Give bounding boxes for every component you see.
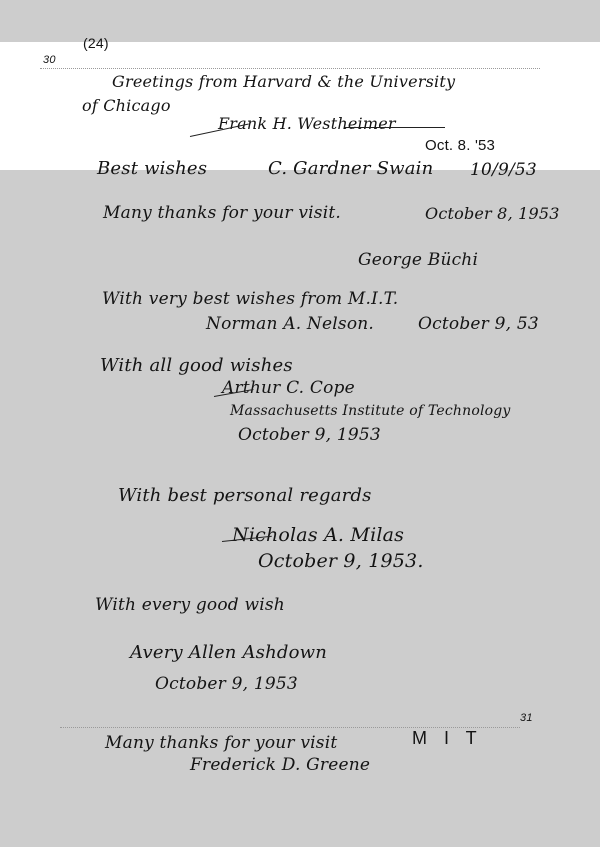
entry-date: October 8, 1953 (425, 204, 560, 223)
entry-date: 10/9/53 (470, 160, 537, 180)
right-page-number: 31 (520, 712, 533, 724)
entry-message-line1: Greetings from Harvard & the University (112, 72, 455, 91)
entry-date: October 9, 1953. (258, 550, 424, 572)
entry-date: Oct. 8. '53 (425, 137, 495, 154)
entry-signature: George Büchi (358, 250, 478, 270)
entry-date: October 9, 1953 (238, 425, 381, 445)
entry-message: Many thanks for your visit (105, 733, 337, 753)
page-divider-top (40, 68, 540, 69)
entry-date: October 9, 53 (418, 314, 539, 334)
entry-signature: Avery Allen Ashdown (130, 642, 327, 663)
entry-signature: Norman A. Nelson. (206, 314, 374, 334)
entry-signature: Arthur C. Cope (222, 378, 355, 398)
signature-underline (345, 127, 445, 128)
entry-message-line2: of Chicago (82, 96, 171, 115)
entry-date: October 9, 1953 (155, 674, 298, 694)
entry-message: With all good wishes (100, 355, 293, 376)
entry-affiliation: M I T (412, 728, 483, 749)
left-page-number: 30 (43, 54, 56, 66)
entry-signature: C. Gardner Swain (268, 158, 433, 179)
entry-signature: Frederick D. Greene (190, 755, 370, 775)
entry-message: With best personal regards (118, 485, 372, 506)
entry-message: With every good wish (95, 595, 285, 615)
entry-message: Many thanks for your visit. (103, 203, 341, 223)
entry-signature: Nicholas A. Milas (232, 524, 404, 546)
entry-affiliation: Massachusetts Institute of Technology (230, 403, 511, 419)
top-page-number: (24) (83, 35, 109, 51)
entry-message: With very best wishes from M.I.T. (102, 289, 398, 309)
entry-message: Best wishes (97, 158, 207, 179)
